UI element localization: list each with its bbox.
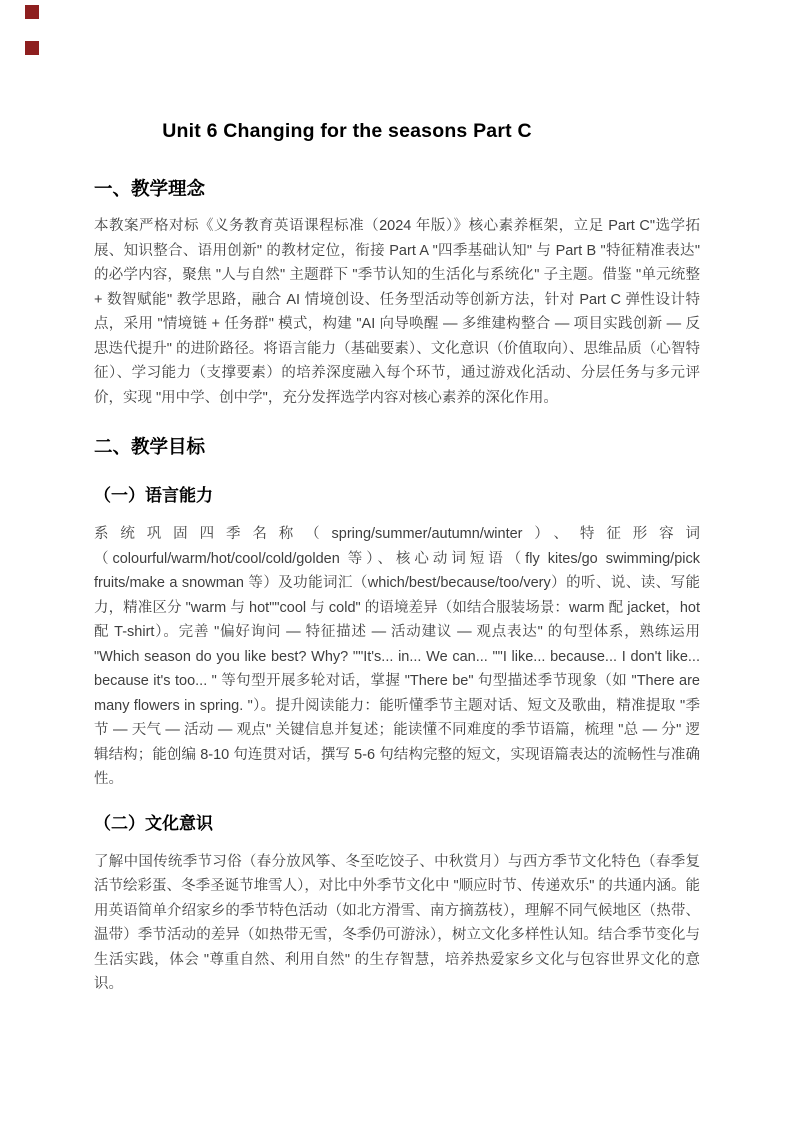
document-title: Unit 6 Changing for the seasons Part C	[94, 116, 600, 146]
paragraph-cultural-awareness: 了解中国传统季节习俗（春分放风筝、冬至吃饺子、中秋赏月）与西方季节文化特色（春季…	[94, 850, 700, 997]
section-heading-teaching-objectives: 二、教学目标	[94, 434, 700, 460]
section-heading-teaching-philosophy: 一、教学理念	[94, 176, 700, 202]
document-page: Unit 6 Changing for the seasons Part C 一…	[0, 0, 794, 1123]
subsection-heading-language-ability: （一）语言能力	[94, 484, 700, 508]
red-square-marker-bottom	[25, 41, 39, 55]
paragraph-teaching-philosophy: 本教案严格对标《义务教育英语课程标准（2024 年版）》核心素养框架，立足 Pa…	[94, 214, 700, 410]
paragraph-language-ability: 系统巩固四季名称（spring/summer/autumn/winter）、特征…	[94, 522, 700, 792]
red-square-marker-top	[25, 5, 39, 19]
subsection-heading-cultural-awareness: （二）文化意识	[94, 812, 700, 836]
